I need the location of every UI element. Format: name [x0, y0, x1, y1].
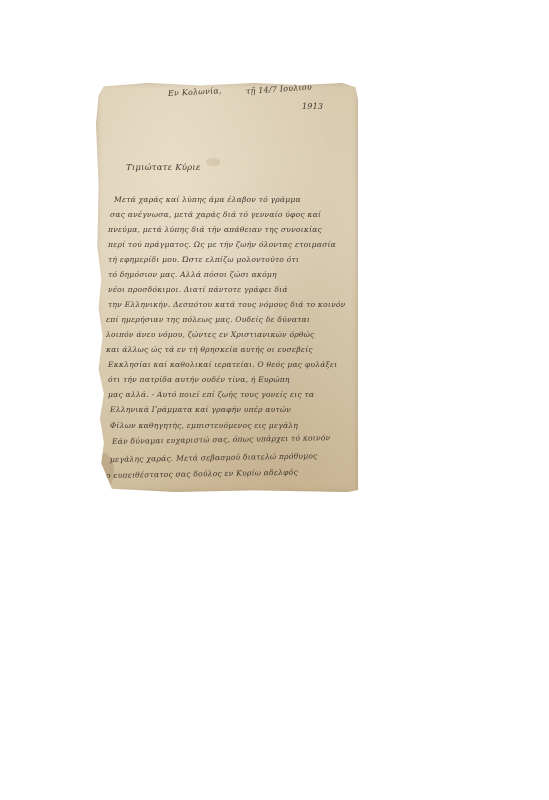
letter-line: μεγάλης χαράς. Μετά σεβασμού διατελώ πρό…: [110, 451, 318, 464]
paper-stain: [206, 158, 220, 166]
letter-line: σας ανέγνωσα, μετά χαράς διά τό γενναίο …: [110, 210, 321, 219]
letter-line: επί ημερήσιαν της πόλεως μας. Ουδείς δε …: [106, 315, 310, 324]
letter-line: Εκκλησίαι καί καθολικαί ιερατείαι. Ο θεό…: [108, 360, 337, 369]
letter-line: την Ελληνικήν. Δεσπότου κατά τους νόμους…: [108, 300, 345, 309]
letter-salutation: Τιμιώτατε Κύριε: [126, 163, 201, 173]
document-page: Εν Κολωνία, τῇ 14/7 Ιουλίου 1913 Τιμιώτα…: [0, 0, 549, 800]
letter-line: και άλλως ώς τά εν τή θρησκεία αυτής οι …: [106, 345, 313, 354]
letter-line: Εάν δύναμαι ευχαριστώ σας, όπως υπάρχει …: [112, 433, 330, 446]
letter-line: πνεύμα, μετά λύπης διά τήν απάθειαν της …: [108, 225, 322, 234]
letter-line: τή εφημερίδι μου. Ώστε ελπίζω μολοντούτο…: [108, 255, 299, 264]
letter-place: Εν Κολωνία,: [168, 86, 222, 98]
letter-year: 1913: [302, 102, 323, 111]
letter-line: λοιπόν άνευ νόμου, ζώντες εν Χριστιανικώ…: [106, 330, 315, 339]
letter-date: τῇ 14/7 Ιουλίου: [246, 82, 312, 96]
letter-line: Ελληνικά Γράμματα καί γραφήν υπέρ αυτών: [110, 405, 291, 414]
letter-line: νέοι προσδόκιμοι. Διατί πάντοτε γράφει δ…: [108, 285, 288, 294]
letter-line: Φίλων καθηγητής, εμπιστευόμενος εις μεγά…: [110, 421, 298, 430]
letter-line: ότι τήν πατρίδα αυτήν ουδέν τίνα, ή Ευρώ…: [108, 375, 290, 384]
letter-line: τό δημόσιον μας. Αλλά πόσοι ζώσι ακόμη: [108, 270, 277, 279]
letter-line: περί τού πράγματος. Ως με τήν ζωήν όλοντ…: [108, 240, 336, 249]
scanned-letter: Εν Κολωνία, τῇ 14/7 Ιουλίου 1913 Τιμιώτα…: [96, 83, 358, 492]
letter-line: ο ευπειθέστατος σας δούλος εν Κυρίω αδελ…: [106, 468, 298, 480]
letter-line: μας αλλά. - Αυτό ποιεί επί ζωής τους γον…: [108, 390, 314, 399]
letter-line: Μετά χαράς καί λύπης άμα έλαβον τό γράμμ…: [114, 195, 301, 204]
